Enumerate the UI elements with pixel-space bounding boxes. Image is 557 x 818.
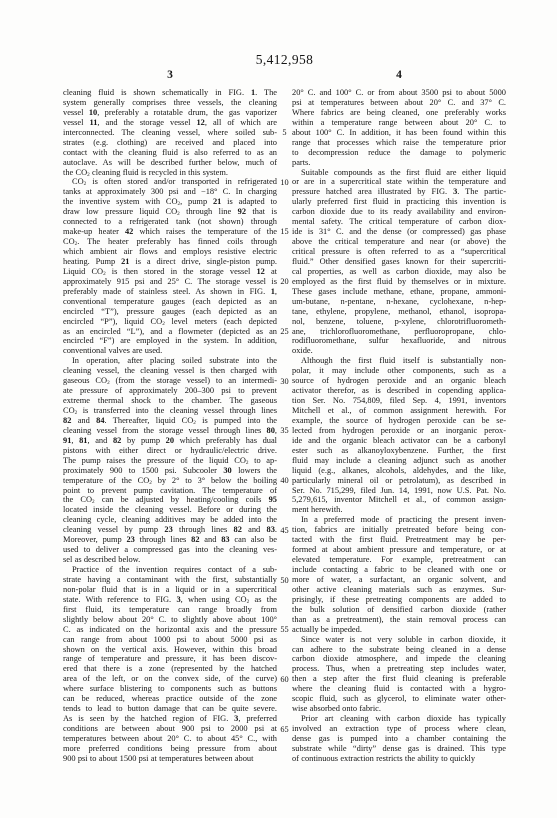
text-line: lected from hydrogen peroxide or an inor… — [292, 426, 506, 436]
text-line: employed as the first fluid by themselve… — [292, 277, 506, 287]
text-line: shown on the vertical axis. However, wit… — [63, 645, 277, 655]
text-line: draw low pressure liquid CO2 through lin… — [63, 207, 277, 217]
text-line: rodifluoromethane, sulfur hexafluoride, … — [292, 336, 506, 346]
line-number: 35 — [277, 426, 292, 436]
text-line: Since water is not very soluble in carbo… — [292, 635, 506, 645]
text-line: Liquid CO2 is then stored in the storage… — [63, 267, 277, 277]
text-line: cleaning vessel by pump 23 through lines… — [63, 525, 277, 535]
text-line: more of water, a surfactant, an organic … — [292, 575, 506, 585]
text-line: fluid.” Other densified gases known for … — [292, 257, 506, 267]
text-line: where the cleaning fluid is contacted wi… — [292, 684, 506, 694]
text-line: C. as indicated on the horizontal axis a… — [63, 625, 277, 635]
text-line: tion Ser. No. 754,809, filed Sep. 4, 199… — [292, 396, 506, 406]
text-line: contact with the cleaning fluid is also … — [63, 148, 277, 158]
column-number-right: 4 — [292, 69, 506, 82]
line-number: 15 — [277, 227, 292, 237]
text-line: include contacting a fabric to be cleane… — [292, 565, 506, 575]
text-line: the bulk solution of densified carbon di… — [292, 605, 506, 615]
line-number: 65 — [277, 725, 292, 735]
text-line: 5,279,615, inventor Mitchell et al., of … — [292, 495, 506, 505]
text-line: cleaning vessel, the cleaning vessel is … — [63, 366, 277, 376]
text-line: ate pressure of approximately 200–300 ps… — [63, 386, 277, 396]
text-line: where surface blistering to components s… — [63, 684, 277, 694]
text-line: gaseous CO2 (from the storage vessel) to… — [63, 376, 277, 386]
text-line: pressure hatched area illustrated by FIG… — [292, 187, 506, 197]
text-line: dense gas is pumped into a chamber conta… — [292, 734, 506, 744]
text-line: sel as described below. — [63, 555, 277, 565]
patent-page: 5,412,958 3 4 cleaning fluid is shown sc… — [0, 0, 557, 818]
text-line: tanks at approximately 300 psi and −18° … — [63, 187, 277, 197]
text-line: critical pressure is often referred to a… — [292, 247, 506, 257]
text-line: connected to a refrigerated tank (not sh… — [63, 217, 277, 227]
text-line: ularly preferred first fluid in practici… — [292, 197, 506, 207]
text-line: In operation, after placing soiled subst… — [63, 356, 277, 366]
text-line: more preferred conditions being pressure… — [63, 744, 277, 754]
text-line: Although the first fluid itself is subst… — [292, 356, 506, 366]
text-line: proximately 900 to 1500 psi. Subcooler 3… — [63, 466, 277, 476]
text-line: oxide. — [292, 346, 506, 356]
text-line: CO2 is transferred into the cleaning ves… — [63, 406, 277, 416]
text-line: substrate while “dirty” dense gas is dra… — [292, 744, 506, 754]
text-line: CO2. The heater preferably has finned co… — [63, 237, 277, 247]
text-line: make-up heater 42 which raises the tempe… — [63, 227, 277, 237]
text-line: the CO2 cleaning fluid is recycled in th… — [63, 168, 277, 178]
line-number: 60 — [277, 675, 292, 685]
text-line: conventional valves are used. — [63, 346, 277, 356]
text-line: 91, 81, and 82 by pump 20 which preferab… — [63, 436, 277, 446]
text-line: fluid may include a cleaning adjunct suc… — [292, 456, 506, 466]
text-line: or are in a supercritical state within t… — [292, 177, 506, 187]
text-line: can range from about 1000 psi to about 5… — [63, 635, 277, 645]
text-line: elevated temperature. For example, pretr… — [292, 555, 506, 565]
text-line: carbon dioxide due to its ready availabi… — [292, 207, 506, 217]
text-line: These gases include methane, ethane, pro… — [292, 287, 506, 297]
page-body: cleaning fluid is shown schematically in… — [63, 88, 506, 764]
text-line: can be reduced, whereas practice outside… — [63, 694, 277, 704]
text-line: example, the source of hydrogen peroxide… — [292, 416, 506, 426]
text-line: cal properties, as well as carbon dioxid… — [292, 267, 506, 277]
text-line: system generally comprises three vessels… — [63, 98, 277, 108]
text-line: tends to lead to button damage that can … — [63, 704, 277, 714]
text-line: other active cleaning materials such as … — [292, 585, 506, 595]
text-line: preferably made of stainless steel. As s… — [63, 287, 277, 297]
text-line: polar, it may include other components, … — [292, 366, 506, 376]
patent-number: 5,412,958 — [63, 53, 506, 67]
text-line: encircled “P”), liquid CO2 level meters … — [63, 317, 277, 327]
text-line: the CO2 can be adjusted by heating/cooli… — [63, 495, 277, 505]
line-number: 5 — [277, 128, 292, 138]
text-line: ide and the organic bleach activator can… — [292, 436, 506, 446]
text-line: temperatures between about 20° C. to abo… — [63, 734, 277, 744]
text-line: point to prevent pump cavitation. The te… — [63, 486, 277, 496]
text-line: range that processes which raise the tem… — [292, 138, 506, 148]
text-line: area of the left, or on the convex side,… — [63, 674, 277, 684]
text-line: tacted with the first fluid. Pretreatmen… — [292, 535, 506, 545]
text-line: strate having a contaminant with the fir… — [63, 575, 277, 585]
text-line: CO2 is often stored and/or transported i… — [63, 177, 277, 187]
text-line: extreme thermal shock to the chamber. Th… — [63, 396, 277, 406]
text-line: As is seen by the hatched region of FIG.… — [63, 714, 277, 724]
text-line: parts. — [292, 158, 506, 168]
column-right-text: 20° C. and 100° C. or from about 3500 ps… — [292, 88, 506, 764]
text-line: ered that there is a zone (represented b… — [63, 664, 277, 674]
text-line: range of temperature and pressure, it ha… — [63, 654, 277, 664]
text-line: autoclave. As will be described further … — [63, 158, 277, 168]
line-number: 10 — [277, 178, 292, 188]
line-number: 30 — [277, 377, 292, 387]
text-line: first fluid, its temperature can range b… — [63, 605, 277, 615]
text-line: ide is 31° C. and the dense (or compress… — [292, 227, 506, 237]
line-number: 40 — [277, 476, 292, 486]
line-number: 20 — [277, 277, 292, 287]
text-line: temperature of the CO2 by 2° to 3° below… — [63, 476, 277, 486]
text-line: used to deliver a compressed gas into th… — [63, 545, 277, 555]
text-line: Mitchell et al., of common assignment he… — [292, 406, 506, 416]
text-line: The pump raises the pressure of the liqu… — [63, 456, 277, 466]
text-line: approximately 915 psi and 25° C. The sto… — [63, 277, 277, 287]
text-line: conditions are between about 900 psi to … — [63, 724, 277, 734]
text-line: heating. Pump 21 is a direct drive, sing… — [63, 257, 277, 267]
text-line: ane, trichlorofluoromethane, perfluoropr… — [292, 327, 506, 337]
text-line: encircled “T”), pressure gauges (each de… — [63, 307, 277, 317]
text-line: ester such as alkanoyloxybenzene. Furthe… — [292, 446, 506, 456]
text-line: Practice of the invention requires conta… — [63, 565, 277, 575]
text-line: scopic fluid, such as glycerol, to elimi… — [292, 694, 506, 704]
text-line: Suitable compounds as the first fluid ar… — [292, 168, 506, 178]
text-line: pistons with either direct or hydraulic/… — [63, 446, 277, 456]
text-line: strates (e.g. clothing) are received and… — [63, 138, 277, 148]
text-line: ment herewith. — [292, 505, 506, 515]
text-line: Ser. No. 715,299, filed Jun. 14, 1991, n… — [292, 486, 506, 496]
text-line: vessel 10, preferably a rotatable drum, … — [63, 108, 277, 118]
column-left-text: cleaning fluid is shown schematically in… — [63, 88, 277, 764]
text-line: cleaning cycle, cleaning additives may b… — [63, 515, 277, 525]
text-line: cleaning vessel from the storage vessel … — [63, 426, 277, 436]
text-line: of continuous extraction restricts the a… — [292, 754, 506, 764]
text-line: nol, benzene, toluene, p-xylene, chlorot… — [292, 317, 506, 327]
text-line: In a preferred mode of practicing the pr… — [292, 515, 506, 525]
text-line: then a step after the first fluid cleani… — [292, 674, 506, 684]
text-line: Prior art cleaning with carbon dioxide h… — [292, 714, 506, 724]
line-number: 45 — [277, 526, 292, 536]
text-line: the inventive system with CO2, pump 21 i… — [63, 197, 277, 207]
text-line: particularly mineral oil or petrolatum),… — [292, 476, 506, 486]
text-line: liquid (e.g., alkanes, alcohols, aldehyd… — [292, 466, 506, 476]
text-line: activator therefor, as is described in c… — [292, 386, 506, 396]
line-number: 25 — [277, 327, 292, 337]
text-line: as an encircled “L”), and a flowmeter (d… — [63, 327, 277, 337]
text-line: to decompression reduce the damage to po… — [292, 148, 506, 158]
text-line: um-butane, n-pentane, n-hexane, cyclohex… — [292, 297, 506, 307]
text-line: psi at temperatures between about 20° C.… — [292, 98, 506, 108]
text-line: 82 and 84. Thereafter, liquid CO2 is pum… — [63, 416, 277, 426]
text-line: wise absorbed onto fabric. — [292, 704, 506, 714]
text-line: conventional temperature gauges (each de… — [63, 297, 277, 307]
text-line: formed at about ambient pressure and tem… — [292, 545, 506, 555]
text-line: source of hydrogen peroxide and an organ… — [292, 376, 506, 386]
text-line: non-polar fluid that is in a liquid or i… — [63, 585, 277, 595]
text-line: process. Thus, when a pretreating step i… — [292, 664, 506, 674]
text-line: Where fabrics are being cleaned, one pre… — [292, 108, 506, 118]
text-line: Moreover, pump 23 through lines 82 and 8… — [63, 535, 277, 545]
line-number: 55 — [277, 625, 292, 635]
text-line: located inside the cleaning vessel. Befo… — [63, 505, 277, 515]
line-number-gutter: 5101520253035404550556065 — [277, 88, 292, 764]
text-line: carbon dioxide atmosphere, and impede th… — [292, 654, 506, 664]
text-line: mental safety. The critical temperature … — [292, 217, 506, 227]
text-line: interconnected. The cleaning vessel, whe… — [63, 128, 277, 138]
text-line: which ambient air flows and employs resi… — [63, 247, 277, 257]
text-line: state. With reference to FIG. 3, when us… — [63, 595, 277, 605]
line-number: 50 — [277, 576, 292, 586]
text-line: 900 psi to about 1500 psi at temperature… — [63, 754, 277, 764]
column-number-left: 3 — [63, 69, 277, 82]
text-line: actually be impeded. — [292, 625, 506, 635]
text-line: tane, ethylene, propylene, methanol, eth… — [292, 307, 506, 317]
text-line: above the critical temperature and near … — [292, 237, 506, 247]
text-line: involved an extraction type of process w… — [292, 724, 506, 734]
text-line: 20° C. and 100° C. or from about 3500 ps… — [292, 88, 506, 98]
text-line: within a temperature range between about… — [292, 118, 506, 128]
text-line: about 100° C. In addition, it has been f… — [292, 128, 506, 138]
text-line: can adhere to the substrate being cleane… — [292, 645, 506, 655]
text-line: prisingly, if these pretreating componen… — [292, 595, 506, 605]
text-line: cleaning fluid is shown schematically in… — [63, 88, 277, 98]
text-line: vessel 11, and the storage vessel 12, al… — [63, 118, 277, 128]
text-line: than as a pretreatment), the stain remov… — [292, 615, 506, 625]
text-line: encircled “F”) are employed in the syste… — [63, 336, 277, 346]
text-line: tion, fabrics are initially pretreated b… — [292, 525, 506, 535]
text-line: slightly below about 20° C. to slightly … — [63, 615, 277, 625]
